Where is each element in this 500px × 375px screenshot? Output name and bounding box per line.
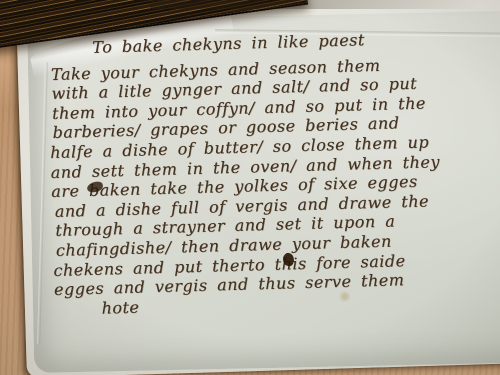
manuscript-photo: To bake chekyns in like paest Take your … xyxy=(0,0,500,375)
binding-shadow xyxy=(150,0,480,9)
recipe-text: To bake chekyns in like paest Take your … xyxy=(50,27,494,319)
